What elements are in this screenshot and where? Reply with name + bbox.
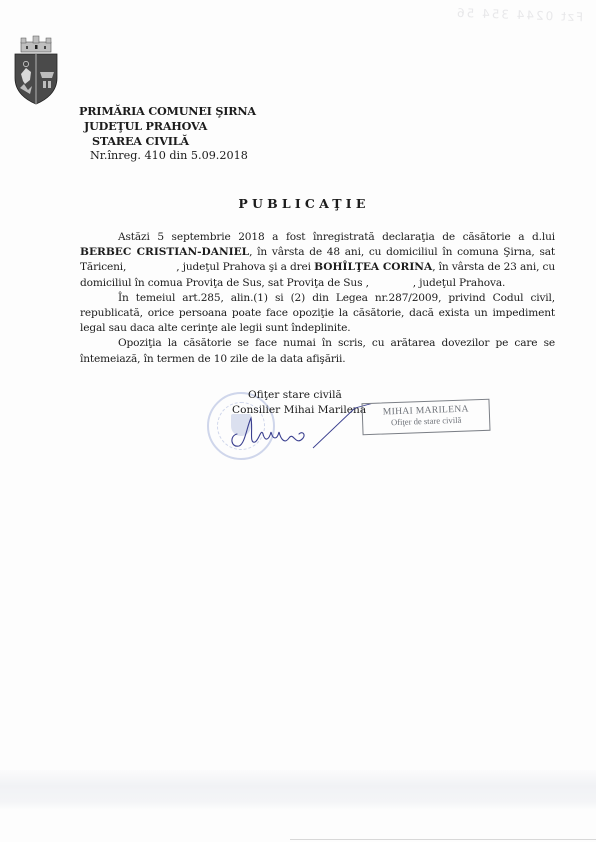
- department-name: STAREA CIVILĂ: [92, 134, 189, 148]
- handwritten-signature-icon: [225, 404, 375, 454]
- page-edge: [290, 839, 596, 840]
- signatory-role: Ofiţer stare civilă: [232, 388, 366, 403]
- legal-basis-paragraph: În temeiul art.285, alin.(1) si (2) din …: [80, 291, 555, 337]
- institution-name: PRIMĂRIA COMUNEI ŞIRNA: [79, 104, 256, 118]
- bride-county: , judeţul Prahova.: [413, 277, 505, 289]
- declaration-paragraph: Astăzi 5 septembrie 2018 a fost înregist…: [80, 230, 555, 291]
- document-title: PUBLICAŢIE: [0, 196, 596, 211]
- opposition-paragraph: Opoziţia la căsătorie se face numai în s…: [80, 336, 555, 366]
- bleed-through-mark: Fzt 0244 354 56: [455, 6, 583, 24]
- groom-county: , judeţul Prahova şi a drei: [176, 261, 314, 273]
- groom-name: BERBEC CRISTIAN-DANIEL: [80, 246, 249, 258]
- document-body: Astăzi 5 septembrie 2018 a fost înregist…: [80, 230, 555, 367]
- county-name: JUDEŢUL PRAHOVA: [84, 119, 207, 133]
- coat-of-arms-icon: [12, 34, 60, 106]
- name-stamp: MIHAI MARILENA Ofiţer de stare civilă: [361, 399, 490, 435]
- scan-shadow: [0, 770, 596, 810]
- registration-number: Nr.înreg. 410 din 5.09.2018: [90, 149, 248, 162]
- bride-name: BOHÎLŢEA CORINA: [314, 261, 432, 273]
- declaration-intro: Astăzi 5 septembrie 2018 a fost înregist…: [118, 231, 555, 243]
